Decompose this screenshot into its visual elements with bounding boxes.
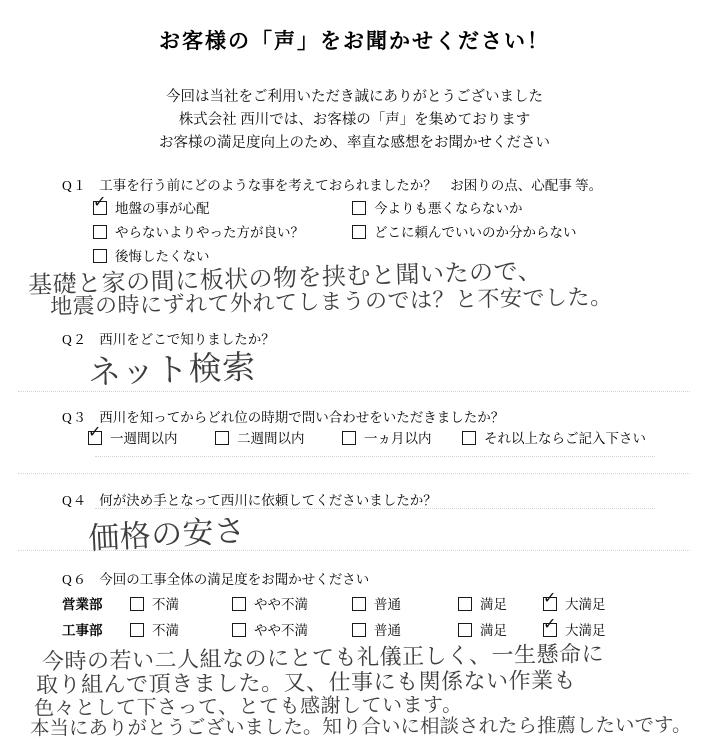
option-label: 大満足 <box>565 623 606 638</box>
option-label: 不満 <box>152 597 179 612</box>
checkbox <box>232 623 246 637</box>
checkbox-option: 満足 <box>458 619 507 639</box>
scan-artifact-line <box>18 550 690 551</box>
check-mark: ✓ <box>543 590 556 606</box>
option-label: 地盤の事が心配 <box>115 201 210 216</box>
checkbox-option: 不満 <box>130 593 179 613</box>
scan-artifact-line <box>95 456 655 457</box>
check-mark: ✓ <box>543 616 556 632</box>
checkbox-option: ✓一週間以内 <box>88 427 178 447</box>
intro-line: 今回は当社をご利用いただき誠にありがとうございました <box>0 86 709 109</box>
option-label: 普通 <box>374 623 401 638</box>
check-mark: ✓ <box>93 194 106 210</box>
question-q3: Q３西川を知ってからどれ位の時期で問い合わせをいただきましたか？ <box>62 406 504 426</box>
checkbox <box>215 431 229 445</box>
checkbox-option: 満足 <box>458 593 507 613</box>
checkbox-option: やや不満 <box>232 593 308 613</box>
question-text: 西川を知ってからどれ位の時期で問い合わせをいただきましたか？ <box>99 410 504 425</box>
checkbox <box>130 623 144 637</box>
checkbox-option: 一ヵ月以内 <box>342 427 432 447</box>
question-id: Q４ <box>62 489 87 509</box>
checkbox-option: 不満 <box>130 619 179 639</box>
checkbox <box>462 431 476 445</box>
checkbox <box>352 201 366 215</box>
page-title: お客様の「声」をお聞かせください！ <box>0 25 709 55</box>
question-text: 今回の工事全体の満足度をお聞かせください <box>99 572 369 587</box>
scan-artifact-line <box>18 391 690 392</box>
checkbox-option: それ以上ならご記入下さい <box>462 427 646 447</box>
checkbox-option: ✓地盤の事が心配 <box>93 197 210 217</box>
checkbox-option: 今よりも悪くならないか <box>352 197 523 217</box>
option-label: 普通 <box>374 597 401 612</box>
checkbox <box>93 249 107 263</box>
intro-line: お客様の満足度向上のため、率直な感想をお聞かせください <box>0 132 709 155</box>
checkbox: ✓ <box>93 201 107 215</box>
checkbox: ✓ <box>543 623 557 637</box>
option-label: 二週間以内 <box>237 431 305 446</box>
option-label: 満足 <box>480 623 507 638</box>
question-q1: Q１工事を行う前にどのような事を考えておられましたか？ お困りの点、心配事 等。 <box>62 174 602 194</box>
question-id: Q６ <box>62 568 87 588</box>
checkbox <box>458 623 472 637</box>
checkbox: ✓ <box>543 597 557 611</box>
handwritten-answer-q2: ネット検索 <box>87 341 256 394</box>
checkbox <box>458 597 472 611</box>
checkbox-option: ✓大満足 <box>543 619 606 639</box>
scan-artifact-line <box>18 473 690 474</box>
checkbox <box>352 597 366 611</box>
checkbox: ✓ <box>88 431 102 445</box>
option-label: やや不満 <box>254 597 308 612</box>
checkbox-option: 普通 <box>352 593 401 613</box>
intro-line: 株式会社 西川では、お客様の「声」を集めております <box>0 109 709 132</box>
option-label: やや不満 <box>254 623 308 638</box>
option-label: 満足 <box>480 597 507 612</box>
question-id: Q１ <box>62 174 87 194</box>
checkbox <box>352 225 366 239</box>
checkbox <box>93 225 107 239</box>
checkbox <box>352 623 366 637</box>
checkbox <box>232 597 246 611</box>
option-label: どこに頼んでいいのか分からない <box>374 225 577 240</box>
option-label: それ以上ならご記入下さい <box>484 431 646 446</box>
intro-paragraph: 今回は当社をご利用いただき誠にありがとうございました 株式会社 西川では、お客様… <box>0 86 709 155</box>
question-text: 工事を行う前にどのような事を考えておられましたか？ お困りの点、心配事 等。 <box>99 178 602 193</box>
question-text: 何が決め手となって西川に依頼してくださいましたか？ <box>99 493 437 508</box>
rating-row-label: 工事部 <box>62 619 103 639</box>
option-label: 不満 <box>152 623 179 638</box>
question-q4: Q４何が決め手となって西川に依頼してくださいましたか？ <box>62 489 437 509</box>
option-label: やらないよりやった方が良い？ <box>115 225 304 240</box>
checkbox-option: やや不満 <box>232 619 308 639</box>
option-label: 一週間以内 <box>110 431 178 446</box>
rating-row-label: 営業部 <box>62 593 103 613</box>
checkbox-option: 普通 <box>352 619 401 639</box>
handwritten-comment-line4: 本当にありがとうございました。知り合いに相談されたら推薦したいです。 <box>30 709 692 739</box>
checkbox-option: どこに頼んでいいのか分からない <box>352 221 577 241</box>
option-label: 大満足 <box>565 597 606 612</box>
survey-scan-page: お客様の「声」をお聞かせください！ 今回は当社をご利用いただき誠にありがとうござ… <box>0 0 709 739</box>
checkbox-option: ✓大満足 <box>543 593 606 613</box>
checkbox <box>342 431 356 445</box>
option-label: 今よりも悪くならないか <box>374 201 523 216</box>
checkbox-option: やらないよりやった方が良い？ <box>93 221 304 241</box>
checkbox <box>130 597 144 611</box>
checkbox-option: 二週間以内 <box>215 427 305 447</box>
check-mark: ✓ <box>88 424 101 440</box>
option-label: 一ヵ月以内 <box>364 431 432 446</box>
question-q6: Q６今回の工事全体の満足度をお聞かせください <box>62 568 369 588</box>
question-id: Q３ <box>62 406 87 426</box>
question-id: Q２ <box>62 328 87 348</box>
